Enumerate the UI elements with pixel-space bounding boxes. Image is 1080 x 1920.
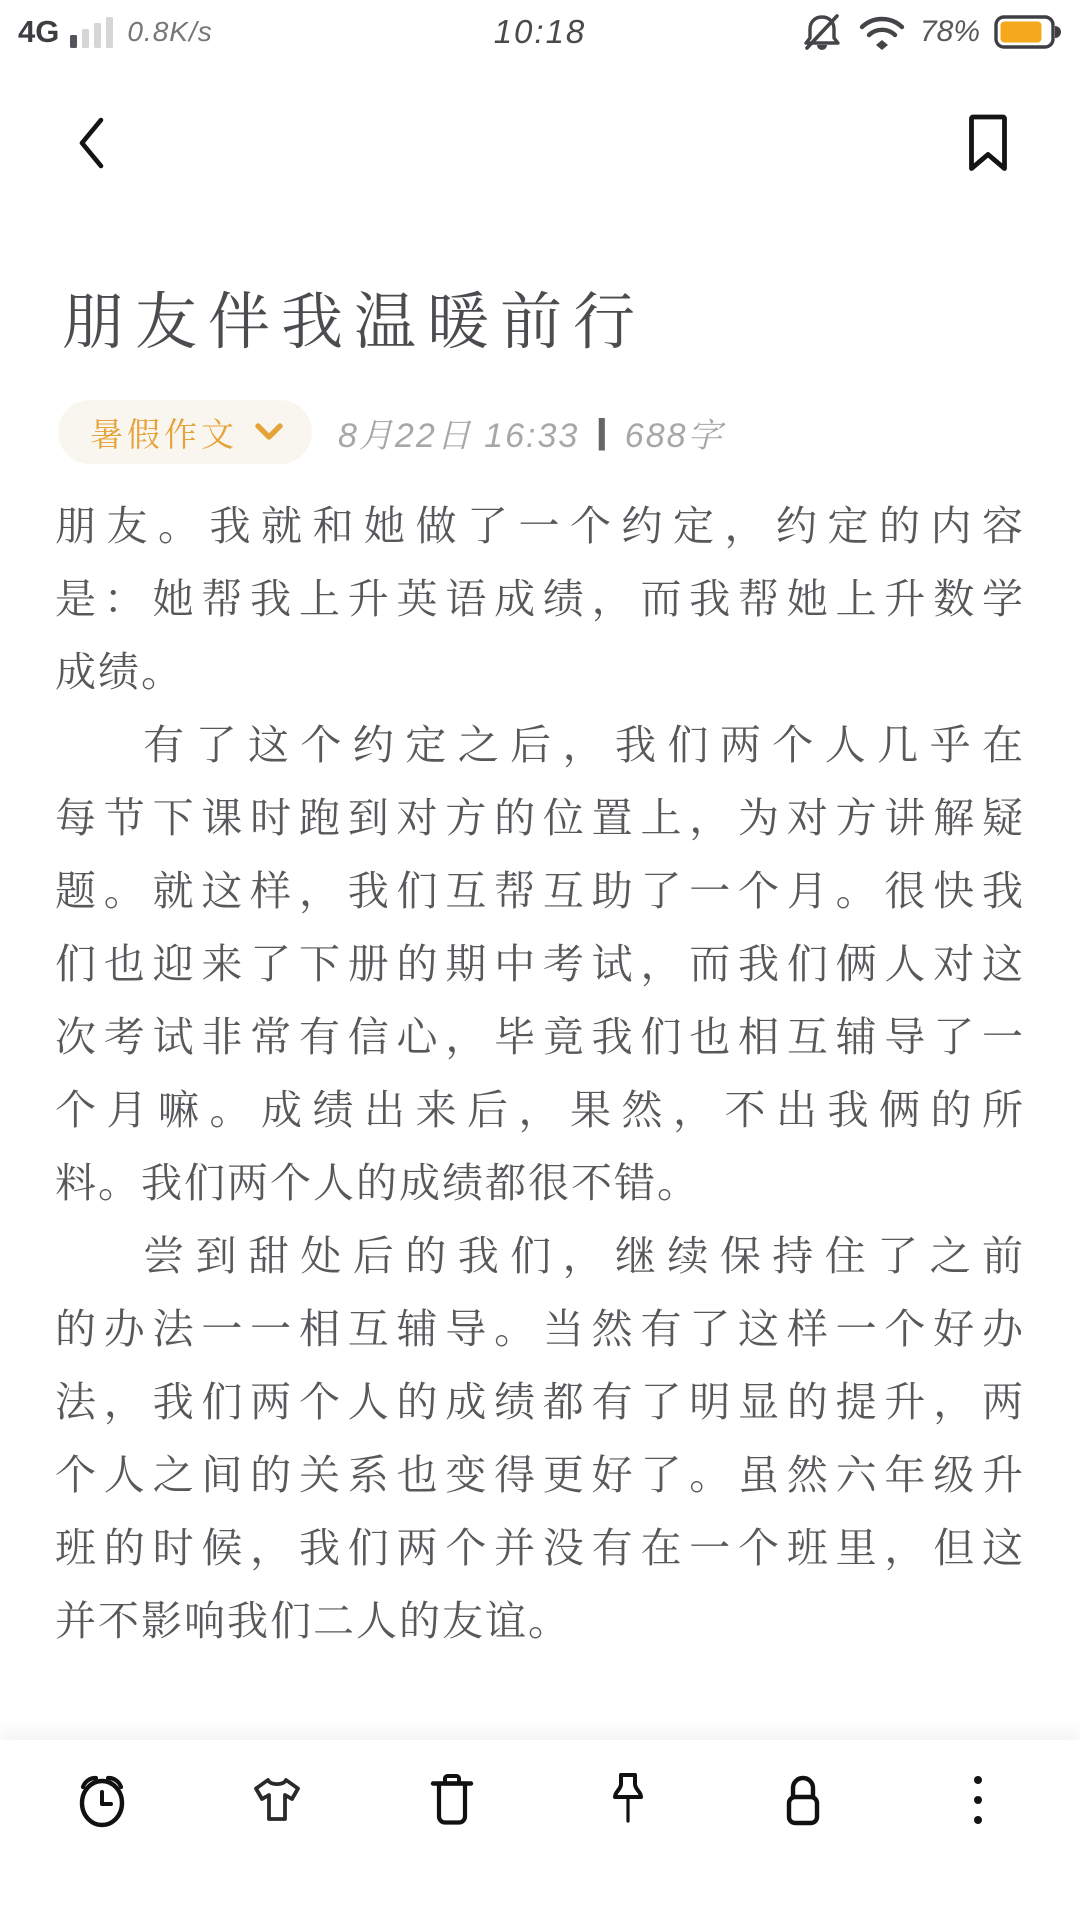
network-speed-label: 0.8K/s bbox=[127, 16, 212, 48]
bottom-toolbar bbox=[0, 1740, 1080, 1920]
body-line: 的办法一一相互辅导。当然有了这样一个好办 bbox=[55, 1293, 1025, 1366]
body-line: 料。我们两个人的成绩都很不错。 bbox=[55, 1147, 1025, 1220]
body-line: 朋友。我就和她做了一个约定，约定的内容 bbox=[55, 490, 1025, 563]
chevron-down-icon bbox=[254, 422, 284, 442]
shirt-icon bbox=[250, 1775, 304, 1825]
category-selector[interactable]: 暑假作文 bbox=[58, 400, 312, 464]
mute-bell-icon bbox=[800, 10, 844, 54]
skin-theme-button[interactable] bbox=[251, 1772, 303, 1828]
more-button[interactable] bbox=[952, 1772, 1004, 1828]
back-button[interactable] bbox=[66, 115, 118, 171]
trash-icon bbox=[429, 1773, 475, 1827]
note-date: 8月22日 16:33 bbox=[338, 408, 579, 457]
bookmark-button[interactable] bbox=[962, 115, 1014, 171]
body-line: 题。就这样，我们互帮互助了一个月。很快我 bbox=[55, 855, 1025, 928]
status-bar: 4G 0.8K/s 10:18 bbox=[0, 0, 1080, 58]
body-line: 个月嘛。成绩出来后，果然，不出我俩的所 bbox=[55, 1074, 1025, 1147]
word-count: 688字 bbox=[625, 408, 724, 457]
body-line: 法，我们两个人的成绩都有了明显的提升，两 bbox=[55, 1366, 1025, 1439]
clock-label: 10:18 bbox=[378, 13, 702, 51]
body-line: 成绩。 bbox=[55, 636, 1025, 709]
body-line: 班的时候，我们两个并没有在一个班里，但这 bbox=[55, 1512, 1025, 1585]
signal-bars-icon bbox=[69, 15, 117, 49]
body-line: 次考试非常有信心，毕竟我们也相互辅导了一 bbox=[55, 1001, 1025, 1074]
meta-separator: | bbox=[595, 413, 608, 452]
bookmark-icon bbox=[967, 113, 1009, 173]
category-label: 暑假作文 bbox=[90, 409, 238, 456]
pin-icon bbox=[607, 1771, 649, 1829]
body-line: 尝到甜处后的我们，继续保持住了之前 bbox=[55, 1220, 1025, 1293]
battery-percent-label: 78% bbox=[920, 15, 980, 49]
body-line: 是：她帮我上升英语成绩，而我帮她上升数学 bbox=[55, 563, 1025, 636]
lock-icon bbox=[780, 1772, 826, 1828]
body-line: 有了这个约定之后，我们两个人几乎在 bbox=[55, 709, 1025, 782]
back-chevron-icon bbox=[74, 114, 110, 172]
battery-icon bbox=[994, 14, 1062, 50]
delete-button[interactable] bbox=[426, 1772, 478, 1828]
note-body: 朋友。我就和她做了一个约定，约定的内容 是：她帮我上升英语成绩，而我帮她上升数学… bbox=[55, 490, 1025, 1658]
note-title: 朋友伴我温暖前行 bbox=[62, 282, 1010, 364]
body-line: 个人之间的关系也变得更好了。虽然六年级升 bbox=[55, 1439, 1025, 1512]
note-detail-page: 4G 0.8K/s 10:18 bbox=[0, 0, 1080, 1920]
lock-button[interactable] bbox=[777, 1772, 829, 1828]
pin-button[interactable] bbox=[602, 1772, 654, 1828]
alarm-clock-icon bbox=[75, 1771, 129, 1829]
reminder-button[interactable] bbox=[76, 1772, 128, 1828]
battery-fill bbox=[1001, 22, 1042, 43]
body-line: 每节下课时跑到对方的位置上，为对方讲解疑 bbox=[55, 782, 1025, 855]
body-line: 并不影响我们二人的友谊。 bbox=[55, 1585, 1025, 1658]
network-type-label: 4G bbox=[18, 14, 59, 50]
nav-header bbox=[0, 92, 1080, 194]
wifi-icon bbox=[858, 13, 906, 51]
body-line: 们也迎来了下册的期中考试，而我们俩人对这 bbox=[55, 928, 1025, 1001]
note-meta-row: 暑假作文 8月22日 16:33 | 688字 bbox=[58, 400, 1080, 464]
more-dots-icon bbox=[972, 1773, 984, 1827]
